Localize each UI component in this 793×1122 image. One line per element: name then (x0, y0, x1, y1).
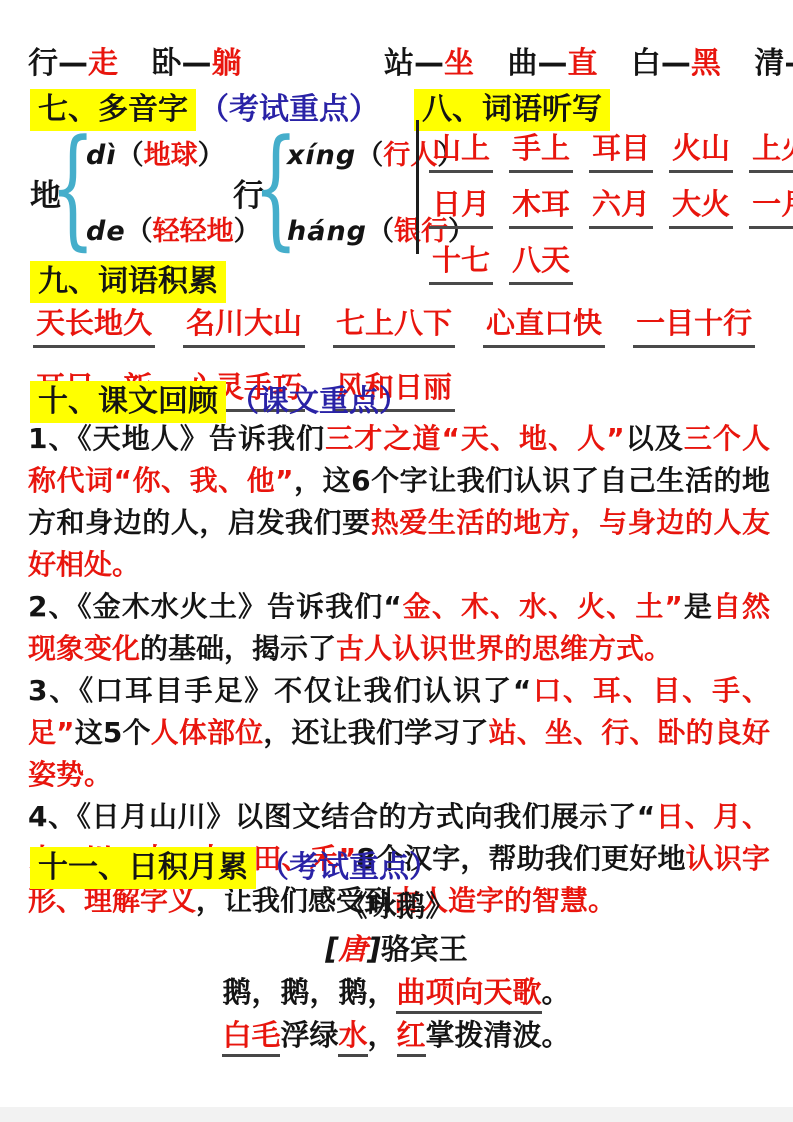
antonym-pair: 清—浊 (754, 38, 793, 82)
text-segment: ，还让我们学习了 (263, 716, 488, 749)
antonym-word: 黑 (691, 46, 721, 81)
antonym-pair: 曲—直 (507, 38, 597, 82)
antonym-pair: 行—走 (28, 38, 118, 82)
text-segment: 人体部位 (151, 716, 264, 749)
pinyin: dì (86, 140, 117, 171)
section-heading-jilei: 九、词语积累 (30, 256, 226, 300)
dash: — (661, 46, 691, 81)
paragraph: 1、《天地人》告诉我们三才之道“天、地、人”以及三个人称代词“你、我、他”，这6… (28, 418, 770, 586)
text-segment: 4、《日月山川》以图文结合的方式向我们展示了“ (28, 800, 655, 833)
idiom-row: 天长地久名川大山七上八下心直口快一目十行 (33, 301, 755, 348)
heading-highlight: 八、词语听写 (414, 89, 610, 131)
idiom-word: 一目十行 (633, 301, 755, 348)
antonym-word: 白 (631, 46, 661, 81)
text-segment: 1、《天地人》告诉我们 (28, 422, 325, 455)
dictation-word: 十七 (429, 238, 493, 285)
idiom-word: 名川大山 (183, 301, 305, 348)
text-segment: 古人认识世界的思维方式。 (336, 632, 672, 665)
entry-word: 轻轻地 (153, 216, 234, 247)
dash: — (181, 46, 211, 81)
text-segment: 水 (338, 1018, 367, 1057)
text-segment: 3、《口耳目手足》不仅让我们认识了“ (28, 674, 531, 707)
poem-line: 鹅，鹅，鹅，曲项向天歌。 (0, 972, 793, 1015)
dictation-word: 日月 (429, 182, 493, 229)
antonym-row-left: 行—走 卧—躺 (28, 38, 241, 82)
dictation-word: 上火 (749, 126, 793, 173)
dash: — (537, 46, 567, 81)
antonym-pair: 站—坐 (384, 38, 474, 82)
heading-note: （考试重点） (259, 850, 439, 885)
study-notes-page: 行—走 卧—躺 站—坐 曲—直 白—黑 清—浊 七、多音字（考试重点） 八、词语… (0, 0, 793, 1122)
text-segment: 骆宾王 (381, 932, 468, 966)
poem: 《咏鹅》 [唐]骆宾王 鹅，鹅，鹅，曲项向天歌。 白毛浮绿水，红掌拨清波。 (0, 886, 793, 1058)
dictation-word: 手上 (509, 126, 573, 173)
text-segment: 浮绿 (280, 1018, 338, 1052)
paren-close: ） (198, 140, 225, 171)
text-segment: 掌拨清波。 (426, 1018, 571, 1052)
entry-word: 地球 (144, 140, 198, 171)
text-segment: 的基础，揭示了 (140, 632, 336, 665)
text-segment: 金、木、水、火、土” (402, 590, 683, 623)
pinyin: háng (287, 216, 367, 247)
dictation-word: 火山 (669, 126, 733, 173)
antonym-word: 走 (88, 46, 118, 81)
word-row: 日月木耳六月大火一月 (429, 182, 793, 229)
word-row: 山上手上耳目火山上火 (429, 126, 793, 173)
heading-note: （课文重点） (229, 384, 409, 419)
column-divider (416, 120, 419, 254)
dash: — (784, 46, 793, 81)
text-segment: 曲项向天歌 (396, 975, 541, 1014)
text-segment: 。 (542, 975, 571, 1009)
text-segment: 鹅，鹅，鹅， (222, 975, 396, 1009)
text-segment: 2、《金木水火土》告诉我们“ (28, 590, 402, 623)
paren-open: （ (117, 140, 144, 171)
section-heading-tingxie: 八、词语听写 (414, 84, 610, 128)
paragraph: 2、《金木水火土》告诉我们“金、木、水、火、土”是自然现象变化的基础，揭示了古人… (28, 586, 770, 670)
heading-highlight: 九、词语积累 (30, 261, 226, 303)
antonym-word: 清 (754, 46, 784, 81)
section-heading-riji: 十一、日积月累（考试重点） (30, 842, 439, 886)
dictation-word: 八天 (509, 238, 573, 285)
text-segment: 三才之道“天、地、人” (325, 422, 624, 455)
dictation-word: 山上 (429, 126, 493, 173)
pinyin: de (86, 216, 126, 247)
paragraph: 3、《口耳目手足》不仅让我们认识了“口、耳、目、手、足”这5个人体部位，还让我们… (28, 670, 770, 796)
antonym-word: 躺 (211, 46, 241, 81)
dictation-word: 耳目 (589, 126, 653, 173)
idiom-word: 心直口快 (483, 301, 605, 348)
paren-open: （ (126, 216, 153, 247)
antonym-pair: 白—黑 (631, 38, 721, 82)
dash: — (414, 46, 444, 81)
idiom-word: 天长地久 (33, 301, 155, 348)
text-segment: ， (368, 1018, 397, 1052)
antonym-word: 直 (567, 46, 597, 81)
antonym-word: 坐 (444, 46, 474, 81)
dash: — (58, 46, 88, 81)
antonym-word: 行 (28, 46, 58, 81)
word-row: 十七八天 (429, 238, 793, 285)
text-segment: 以及 (625, 422, 684, 455)
antonym-word: 站 (384, 46, 414, 81)
text-segment: 是 (683, 590, 713, 623)
text-segment: [ (325, 932, 338, 966)
section-heading-huigu: 十、课文回顾（课文重点） (30, 376, 409, 420)
pinyin: xíng (287, 140, 356, 171)
poem-line: 白毛浮绿水，红掌拨清波。 (0, 1015, 793, 1058)
text-segment: 唐 (338, 932, 367, 966)
idiom-word: 七上八下 (333, 301, 455, 348)
paren-open: （ (367, 216, 394, 247)
poem-title: 《咏鹅》 (0, 886, 793, 929)
paren-open: （ (356, 140, 383, 171)
dictation-word: 一月 (749, 182, 793, 229)
heading-highlight: 十一、日积月累 (30, 847, 256, 889)
heading-highlight: 十、课文回顾 (30, 381, 226, 423)
text-segment: 红 (397, 1018, 426, 1057)
bottom-bar (0, 1107, 793, 1122)
antonym-word: 曲 (507, 46, 537, 81)
text-segment: 这5个 (75, 716, 151, 749)
antonym-pair: 卧—躺 (151, 38, 241, 82)
antonym-row-right: 站—坐 曲—直 白—黑 清—浊 (384, 38, 793, 82)
dictation-word-grid: 山上手上耳目火山上火 日月木耳六月大火一月 十七八天 (429, 126, 793, 285)
text-segment: ] (368, 932, 381, 966)
dictation-word: 六月 (589, 182, 653, 229)
dictation-word: 木耳 (509, 182, 573, 229)
text-segment: 白毛 (222, 1018, 280, 1057)
poem-author: [唐]骆宾王 (0, 929, 793, 972)
antonym-word: 卧 (151, 46, 181, 81)
pinyin-entry: dì（地球） (86, 133, 225, 172)
dictation-word: 大火 (669, 182, 733, 229)
